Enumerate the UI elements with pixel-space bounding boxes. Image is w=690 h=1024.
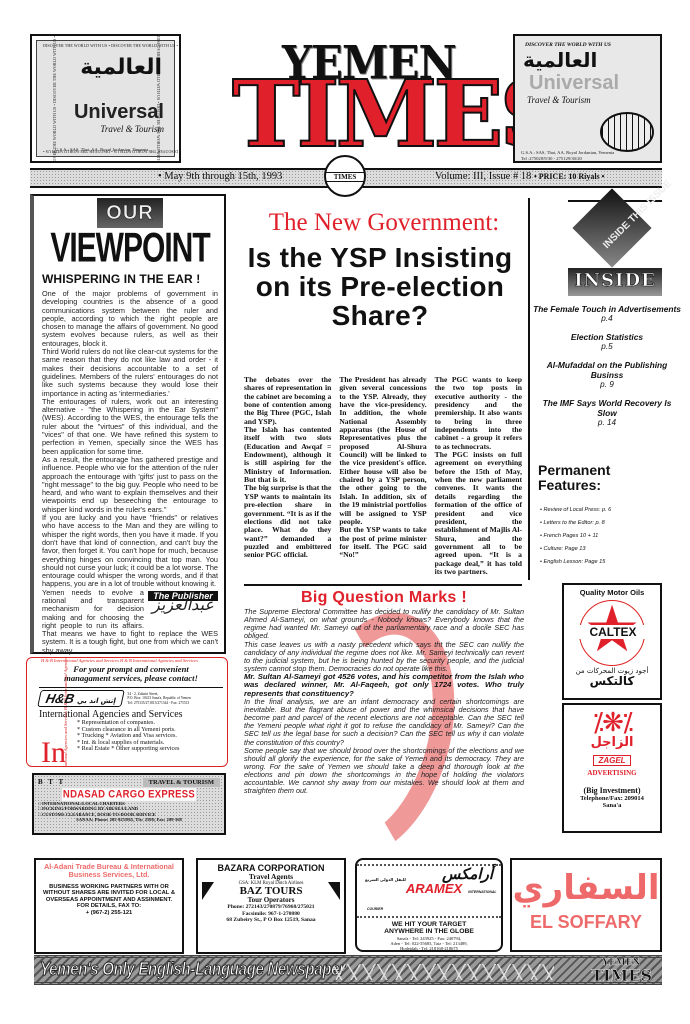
ad-tagline: Travel & Tourism	[527, 95, 660, 105]
viewpoint-title: VIEWPOINT	[42, 228, 218, 270]
issue-volume: Volume: III, Issue # 18 • PRICE: 10 Riya…	[435, 171, 604, 182]
column-divider	[528, 198, 530, 580]
lead-story-headline: Is the YSP Insisting on its Pre-election…	[236, 243, 524, 330]
btt-category: TRAVEL & TOURISM	[143, 778, 220, 787]
zigzag-pattern-icon	[334, 964, 554, 980]
permanent-feature-item[interactable]: French Pages 10 + 11	[540, 530, 611, 543]
zagel-tel: Telephone/Fax: 209014	[564, 795, 660, 802]
issue-price: • PRICE: 10 Riyals •	[534, 172, 605, 181]
ad-arabic-name: العالمية	[523, 48, 660, 72]
ad-brand: Universal	[37, 101, 164, 124]
bazara-corporation-ad: BAZARA CORPORATION Travel Agents GSA: KL…	[196, 858, 346, 954]
masthead-title-times: TIMES	[232, 68, 492, 160]
el-soffary-ad: السفاري EL SOFFARY	[510, 858, 662, 952]
toc-item[interactable]: The Female Touch in Advertisementsp.4	[532, 304, 682, 324]
caltex-ad: Quality Motor Oils ★ CALTEX أجود زيوت ال…	[562, 583, 662, 700]
btt-cargo-name: NDASAD CARGO EXPRESS	[62, 788, 196, 801]
publisher-signature: The Publisher عبدالعزيز	[148, 591, 218, 629]
permanent-feature-item[interactable]: Culture: Page 13	[540, 543, 611, 556]
permanent-features-list: Review of Local Press: p. 6 Letters to t…	[540, 504, 611, 569]
ad-tel: Tel :275028/9/30 - 275129/30/20	[521, 156, 582, 161]
second-story-headline: Big Question Marks !	[244, 589, 524, 607]
toc-item[interactable]: The IMF Says World Recovery Is Slowp. 14	[532, 398, 682, 428]
section-divider	[244, 584, 522, 586]
permanent-feature-item[interactable]: Review of Local Press: p. 6	[540, 504, 611, 517]
aramex-arabic: للنقل الدولي السريعأرامكس	[357, 864, 501, 882]
soffary-brand: EL SOFFARY	[512, 912, 660, 932]
al-adani-ad: Al-Adani Trade Bureau & International Bu…	[34, 858, 184, 954]
adani-fax: + (967-2) 255-121	[36, 910, 182, 916]
globe-icon	[600, 112, 654, 152]
zagel-tagline: ADVERTISING	[564, 769, 660, 777]
caltex-logo: ★ CALTEX	[579, 600, 645, 666]
btt-services: INTERNATIONAL/LOCAL CHARTERS PACKING/FOR…	[34, 801, 224, 817]
btt-cargo-ad: B T T TRAVEL & TOURISM NDASAD CARGO EXPR…	[32, 773, 226, 835]
lead-story-kicker: The New Government:	[244, 210, 524, 235]
bazara-address: 68 Zubeiry St., P O Box 12519, Sanaa	[198, 917, 344, 924]
permanent-feature-item[interactable]: Letters to the Editor: p. 8	[540, 517, 611, 530]
hb-agencies-ad: H & B International Agencies and Service…	[26, 657, 228, 767]
inside-title: INSIDE	[568, 268, 662, 296]
lead-story-column-1: The debates over the shares of represent…	[244, 376, 331, 576]
inside-contents: The Female Touch in Advertisementsp.4 El…	[532, 304, 682, 436]
universal-travel-ad-left: DISCOVER THE WORLD WITH US • DISCOVER TH…	[30, 34, 181, 163]
footer-logo: YEMEN TIMES	[591, 958, 652, 984]
toc-item[interactable]: Election Statisticsp.5	[532, 332, 682, 352]
btt-contact: SANAA: Phone: 205-925/865, Tlx: 2598; Fa…	[34, 817, 224, 822]
bazara-ops: Tour Operators	[198, 897, 344, 904]
signature-icon: عبدالعزيز	[148, 601, 218, 609]
hb-logo-row: H&B إتش اند بي 34 - 2, Zubairi Street, P…	[39, 687, 223, 707]
adani-body: BUSINESS WORKING PARTNERS WITH OR WITHOU…	[36, 884, 182, 903]
hb-services: * Representation of companies. * Custom …	[77, 720, 223, 753]
universal-travel-ad-right: DISCOVER THE WORLD WITH US العالمية Univ…	[513, 34, 662, 163]
ad-arabic-name: العالمية	[37, 55, 162, 80]
caltex-arabic-line2: كالتكس	[564, 675, 660, 687]
zagel-city: Sana'a	[564, 802, 660, 809]
lead-story-body: The debates over the shares of represent…	[244, 376, 522, 576]
footer-banner: Yemen's Only English-Language Newspaper …	[34, 955, 662, 985]
bazara-type: Travel Agents	[198, 873, 344, 881]
zagel-brand: ZAGEL	[593, 755, 630, 766]
aramex-contacts: Sana'a - Tel: 243925 - Fax: 240794, Aden…	[357, 936, 501, 951]
zagel-investment: (Big Investment)	[564, 786, 660, 795]
btt-logo-icon: B T T	[38, 778, 65, 786]
aramex-slogan: WE HIT YOUR TARGET ANYWHERE IN THE GLOBE	[357, 921, 501, 936]
second-story-emphasis: Mr. Sultan Al-Sameyi got 4526 votes, and…	[244, 673, 524, 697]
zagel-advertising-ad: ⁒❋⁒ الزاجل ZAGEL ADVERTISING (Big Invest…	[562, 703, 662, 833]
permanent-feature-item[interactable]: English Lesson: Page 15	[540, 556, 611, 569]
our-viewpoint-editorial: OUR VIEWPOINT WHISPERING IN THE EAR ! On…	[30, 194, 226, 654]
permanent-features-title: Permanent Features:	[538, 463, 658, 493]
editorial-body: One of the major problems of government …	[42, 290, 218, 655]
hb-address: 34 - 2, Zubairi Street, P.O. Box: 10413 …	[127, 692, 190, 705]
caltex-brand: CALTEX	[574, 625, 652, 639]
flag-icon	[328, 882, 340, 900]
ad-gsa: G.S.A.: SAS, Thai, AA, Royal Jordanian, …	[55, 147, 148, 152]
lead-story-column-2: The President has already given several …	[339, 376, 426, 576]
ad-tagline: Travel & Tourism	[37, 124, 164, 134]
second-story-body: The Supreme Electoral Committee has deci…	[244, 608, 524, 796]
viewpoint-kicker: OUR	[97, 198, 163, 228]
adani-name: Al-Adani Trade Bureau & International Bu…	[36, 863, 182, 879]
editorial-headline: WHISPERING IN THE EAR !	[42, 272, 218, 286]
ad-brand: Universal	[529, 72, 660, 95]
eagle-wings-icon: ⁒❋⁒	[564, 711, 660, 735]
zagel-arabic: الزاجل	[564, 735, 660, 750]
aramex-ad: للنقل الدولي السريعأرامكس ARAMEXINTERNAT…	[355, 858, 503, 952]
toc-item[interactable]: Al-Mufaddal on the Publishing Businssp. …	[532, 360, 682, 390]
flag-icon	[202, 882, 214, 900]
issue-date: • May 9th through 15th, 1993	[158, 171, 282, 182]
soffary-arabic: السفاري	[512, 864, 660, 912]
lead-story-column-3: The PGC wants to keep the two top posts …	[435, 376, 522, 576]
hb-big-letters: In	[41, 738, 66, 767]
hb-logo-icon: H&B إتش اند بي	[37, 690, 125, 707]
footer-slogan: Yemen's Only English-Language Newspaper	[40, 959, 345, 980]
ad-gsa: G.S.A.: SAS, Thai, AA, Royal Jordanian, …	[521, 150, 614, 155]
yemen-times-seal-icon: TIMES	[324, 155, 366, 197]
